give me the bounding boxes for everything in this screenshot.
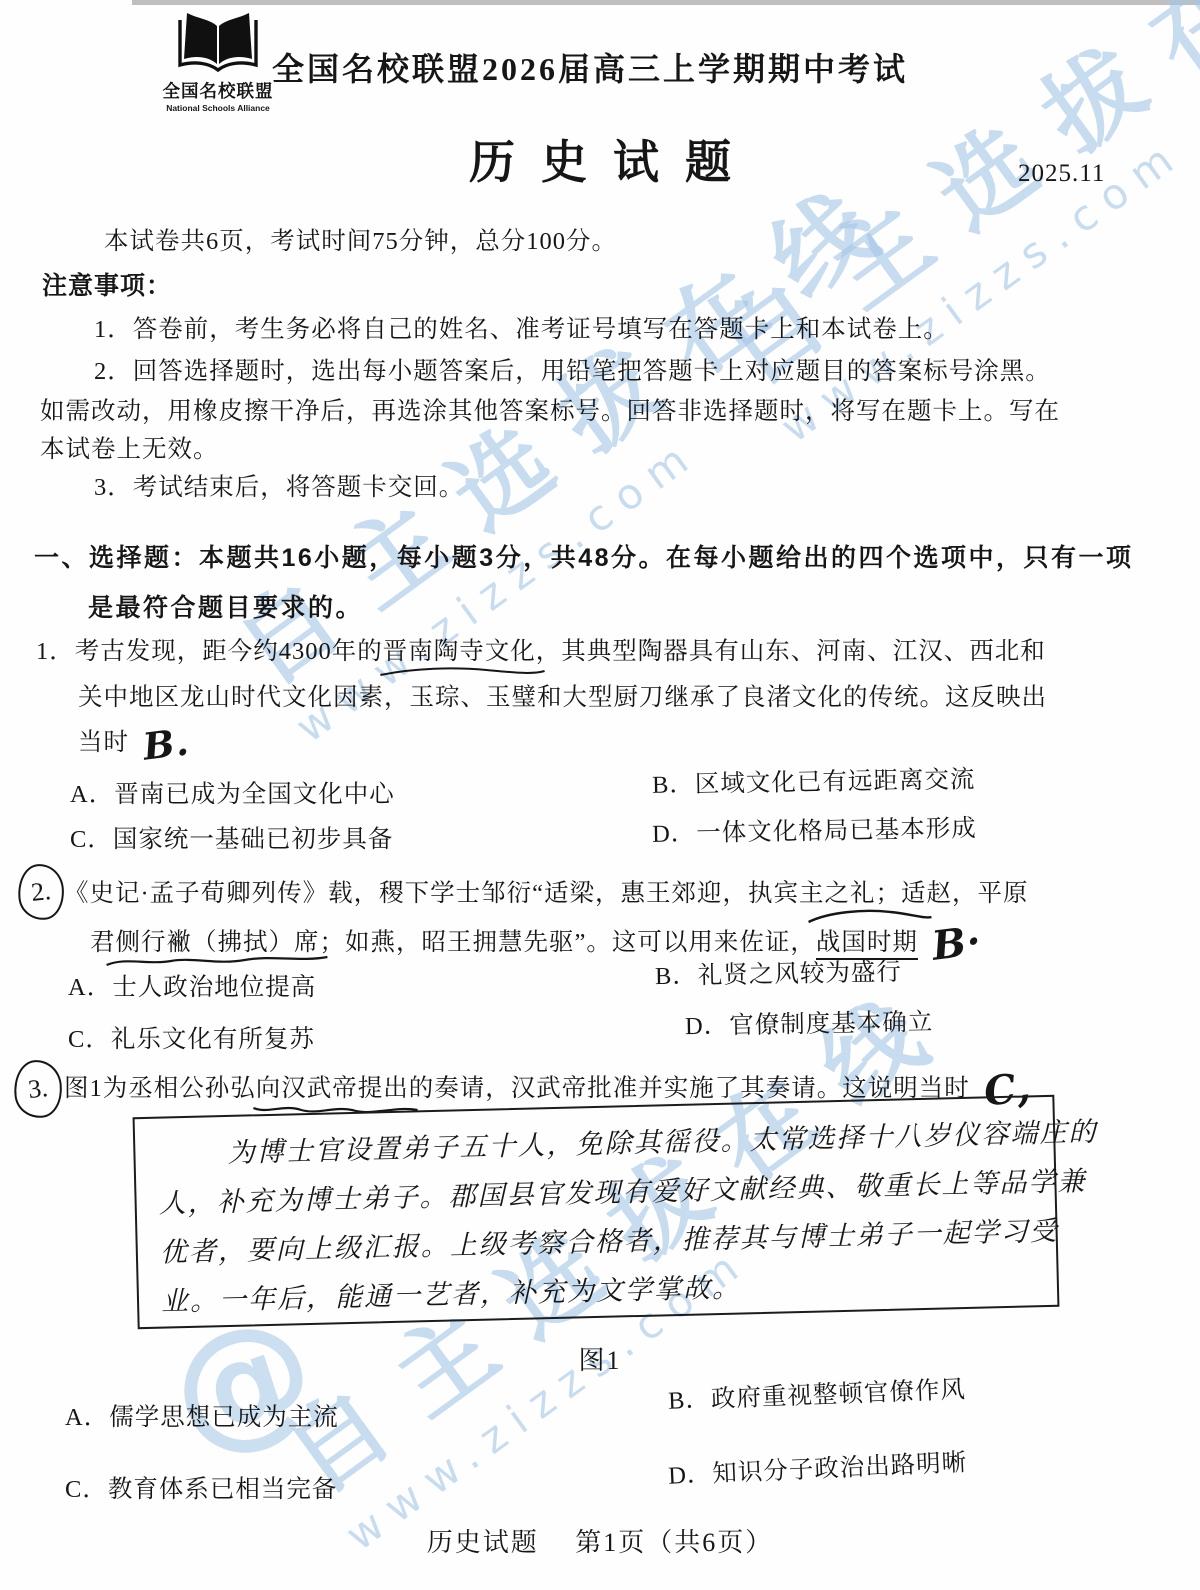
exam-paper-page: 自主选拔在线 www.zizzs.com 自主选拔在线 www.zizzs.co… [0, 0, 1200, 1590]
exam-summary: 本试卷共6页，考试时间75分钟，总分100分。 [104, 222, 617, 257]
open-book-icon [177, 10, 259, 72]
option-text: 晋南已成为全国文化中心 [114, 781, 395, 808]
logo-title: 全国名校联盟 [160, 78, 276, 103]
option-text: 一体文化格局已基本形成 [696, 815, 977, 847]
question-2-line-1: 《史记·孟子荀卿列传》载，稷下学士邹衍“适梁，惠王郊迎，执宾主之礼；适赵，平原 [64, 874, 1029, 909]
footer-page-info: 第1页（共6页） [575, 1528, 773, 1557]
logo-subtitle: National Schools Alliance [160, 103, 276, 113]
q3-option-d: D．知识分子政治出路明晰 [667, 1443, 967, 1492]
question-3-text: 图1为丞相公孙弘 [64, 1075, 256, 1102]
option-text: 官僚制度基本确立 [729, 1009, 933, 1040]
q2-option-b: B．礼贤之风较为盛行 [655, 953, 902, 992]
option-text-marked: 士人政治地位提高 [112, 968, 316, 1003]
option-label: A． [68, 974, 112, 1001]
question-1-line-3: 当时B. [78, 722, 189, 766]
option-text: 政府重视整顿官僚作风 [710, 1376, 966, 1413]
figure-1-box: 为博士官设置弟子五十人，免除其徭役。太常选择十八岁仪容端庄的 人，补充为博士弟子… [133, 1095, 1060, 1329]
question-3-marked-text: 向汉武帝提出 [256, 1075, 409, 1102]
option-label: B． [652, 771, 695, 799]
option-text: 教育体系已相当完备 [108, 1476, 338, 1503]
option-label: A． [70, 781, 114, 808]
section-title-line-1: 一、选择题：本题共16小题，每小题3分，共48分。在每小题给出的四个选项中，只有… [34, 538, 1134, 574]
hand-underline-mark [377, 665, 548, 679]
notice-item-2: 2．回答选择题时，选出每小题答案后，用铅笔把答题卡上对应题目的答案标号涂黑。 [94, 352, 1051, 387]
option-text: 礼乐文化有所复苏 [111, 1026, 315, 1053]
option-label: B． [668, 1386, 712, 1415]
exam-title: 全国名校联盟2026届高三上学期期中考试 [272, 44, 908, 90]
hand-circled-number-q3: 3. [11, 1058, 65, 1121]
question-1-underlined-text: 晋南陶寺文化 [383, 638, 536, 665]
notice-item-2-cont-2: 本试卷上无效。 [40, 430, 219, 465]
option-label: C． [68, 1026, 111, 1053]
q1-option-b: B．区域文化已有远距离交流 [652, 760, 976, 801]
hand-circled-number-q2: 2. [15, 862, 67, 923]
notice-item-1: 1．答卷前，考生务必将自己的姓名、准考证号填写在答题卡上和本试卷上。 [94, 310, 949, 345]
figure-1-caption: 图1 [0, 1340, 1200, 1377]
question-1-line-1: 1．考古发现，距今约4300年的晋南陶寺文化，其典型陶器具有山东、河南、江汉、西… [36, 632, 1046, 667]
q2-option-a: A．士人政治地位提高 [68, 968, 316, 1003]
option-text: 礼贤之风较为盛行 [698, 959, 902, 990]
q2-option-c: C．礼乐文化有所复苏 [68, 1020, 315, 1055]
question-2-text: 君侧行襒（拂拭）席；如燕，昭王拥慧先驱”。这可以用来佐证， [90, 929, 816, 956]
q3-option-c: C．教育体系已相当完备 [65, 1470, 337, 1505]
option-label: B． [655, 962, 698, 990]
option-text: 区域文化已有远距离交流 [695, 766, 976, 798]
section-title-line-2: 是最符合题目要求的。 [88, 588, 363, 624]
option-label: C． [65, 1476, 108, 1503]
underlined-phrase: 晋南陶寺文化 [383, 632, 536, 667]
handwritten-answer-q2: B· [929, 917, 984, 970]
q2-option-d: D．官僚制度基本确立 [685, 1003, 934, 1042]
option-text: 国家统一基础已初步具备 [113, 826, 394, 853]
question-1-line-2: 关中地区龙山时代文化因素，玉琮、玉璧和大型厨刀继承了良渚文化的传统。这反映出 [78, 678, 1047, 713]
scan-edge-line [132, 0, 1200, 5]
q1-option-a: A．晋南已成为全国文化中心 [70, 775, 395, 810]
footer-subject: 历史试题 [427, 1528, 539, 1557]
question-1-text: 考古发现，距今约4300年的 [75, 638, 383, 665]
notice-item-3: 3．考试结束后，将答题卡交回。 [94, 468, 464, 503]
hand-arc-overline-mark [806, 908, 934, 924]
option-label: D． [652, 820, 697, 848]
question-1-text: 当时 [78, 729, 129, 756]
publisher-logo: 全国名校联盟 National Schools Alliance [160, 10, 276, 113]
option-label: A． [65, 1404, 109, 1431]
exam-date: 2025.11 [1018, 160, 1105, 188]
option-text: 士人政治地位提高 [112, 974, 316, 1001]
handwritten-answer-q1: B. [140, 719, 191, 768]
q1-option-d: D．一体文化格局已基本形成 [652, 809, 977, 850]
question-1-number: 1． [36, 638, 75, 665]
wavy-underlined-phrase: 向汉武帝提出 [256, 1069, 409, 1104]
option-text: 知识分子政治出路明晰 [712, 1449, 968, 1488]
q3-option-a: A．儒学思想已成为主流 [65, 1398, 339, 1433]
q1-option-c: C．国家统一基础已初步具备 [70, 820, 393, 855]
option-label: D． [668, 1461, 713, 1490]
option-label: C． [70, 826, 113, 853]
question-1-text: ，其典型陶器具有山东、河南、江汉、西北和 [536, 638, 1046, 665]
question-3-number: 3. [27, 1073, 50, 1105]
question-2-marked-text: 战国时期 [816, 929, 918, 956]
option-text: 儒学思想已成为主流 [109, 1404, 339, 1431]
page-footer: 历史试题 第1页（共6页） [0, 1522, 1200, 1559]
question-2-number: 2. [30, 876, 53, 908]
notice-item-2-cont-1: 如需改动，用橡皮擦干净后，再选涂其他答案标号。回答非选择题时，将写在题卡上。写在 [40, 392, 1060, 427]
option-label: D． [685, 1012, 730, 1040]
q3-option-b: B．政府重视整顿官僚作风 [667, 1370, 966, 1416]
notice-title: 注意事项： [42, 266, 172, 302]
